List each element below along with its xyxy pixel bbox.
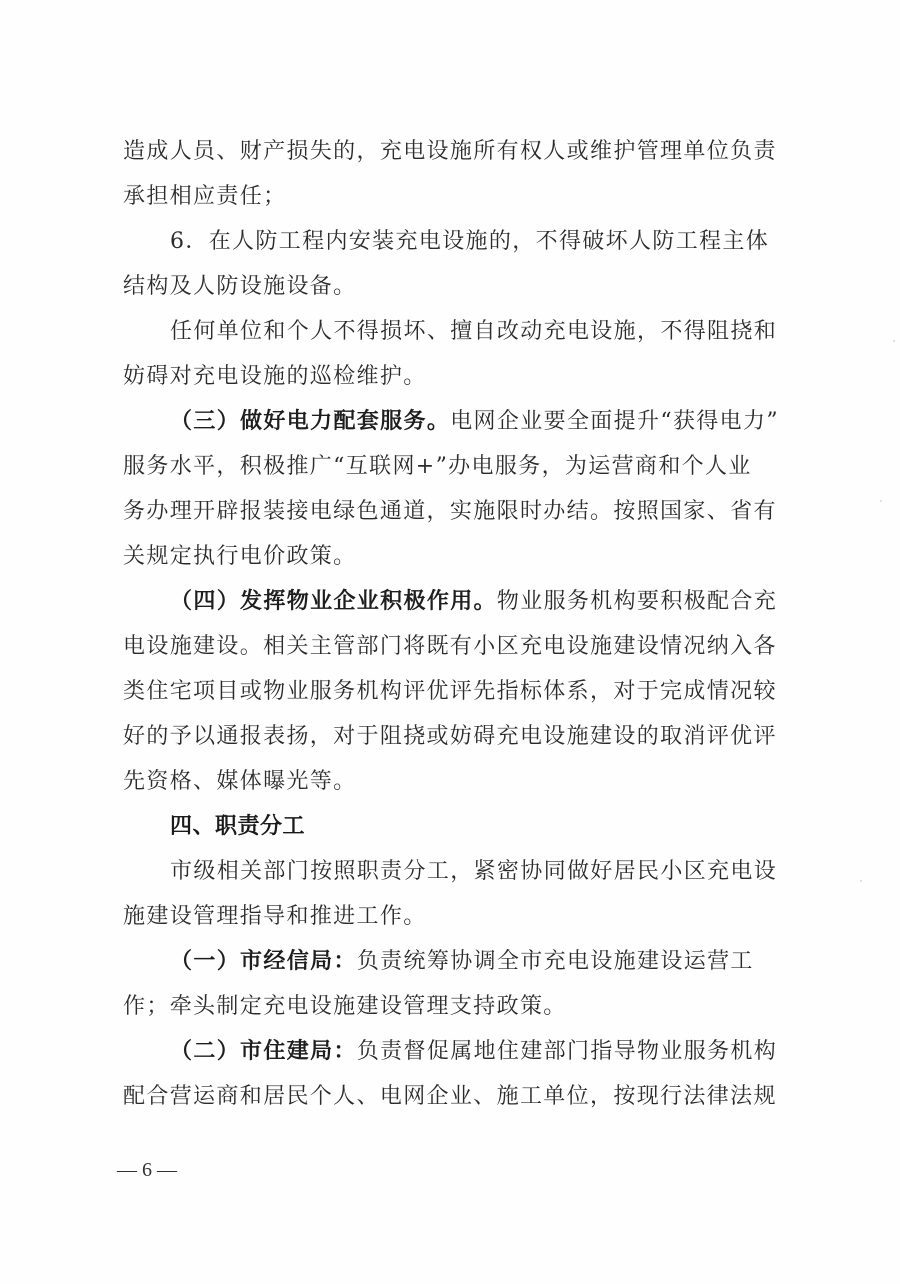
paragraph-line: 好的予以通报表扬，对于阻挠或妨碍充电设施建设的取消评优评: [123, 714, 783, 759]
paragraph-line: 施建设管理指导和推进工作。: [123, 894, 783, 939]
paragraph-line: 先资格、媒体曝光等。: [123, 759, 783, 804]
scan-speck: [893, 340, 895, 342]
document-page: 造成人员、财产损失的，充电设施所有权人或维护管理单位负责 承担相应责任； 6．在…: [0, 0, 900, 1284]
paragraph-line: 类住宅项目或物业服务机构评优评先指标体系，对于完成情况较: [123, 669, 783, 714]
paragraph-line: 电设施建设。相关主管部门将既有小区充电设施建设情况纳入各: [123, 624, 783, 669]
page-number: — 6 —: [117, 1157, 177, 1183]
paragraph-line: 结构及人防设施设备。: [123, 264, 783, 309]
chapter-heading: 四、职责分工: [123, 804, 783, 849]
department-title: （一）市经信局：: [170, 949, 357, 974]
section-3-line: （三）做好电力配套服务。电网企业要全面提升“获得电力”: [123, 399, 783, 444]
section-4-line: （四）发挥物业企业积极作用。物业服务机构要积极配合充: [123, 579, 783, 624]
item-6-line: 6．在人防工程内安装充电设施的，不得破坏人防工程主体: [123, 219, 783, 264]
paragraph-line: 服务水平，积极推广“互联网+”办电服务，为运营商和个人业: [123, 444, 783, 489]
paragraph-line: 作；牵头制定充电设施建设管理支持政策。: [123, 984, 783, 1029]
section-title: （四）发挥物业企业积极作用。: [170, 589, 497, 614]
paragraph-line: 配合营运商和居民个人、电网企业、施工单位，按现行法律法规: [123, 1074, 783, 1119]
paragraph-line: 务办理开辟报装接电绿色通道，实施限时办结。按照国家、省有: [123, 489, 783, 534]
paragraph-line: 任何单位和个人不得损坏、擅自改动充电设施，不得阻挠和: [123, 309, 783, 354]
paragraph-line: 妨碍对充电设施的巡检维护。: [123, 354, 783, 399]
duty-1-line: （一）市经信局：负责统筹协调全市充电设施建设运营工: [123, 939, 783, 984]
paragraph-line: 造成人员、财产损失的，充电设施所有权人或维护管理单位负责: [123, 129, 783, 174]
paragraph-line: 承担相应责任；: [123, 174, 783, 219]
scan-speck: [880, 500, 882, 502]
section-title: （三）做好电力配套服务。: [170, 409, 450, 434]
scan-speck: [860, 880, 862, 882]
paragraph-line: 关规定执行电价政策。: [123, 534, 783, 579]
body-text: 造成人员、财产损失的，充电设施所有权人或维护管理单位负责 承担相应责任； 6．在…: [123, 129, 783, 1119]
paragraph-line: 市级相关部门按照职责分工，紧密协同做好居民小区充电设: [123, 849, 783, 894]
department-title: （二）市住建局：: [170, 1039, 357, 1064]
duty-2-line: （二）市住建局：负责督促属地住建部门指导物业服务机构: [123, 1029, 783, 1074]
